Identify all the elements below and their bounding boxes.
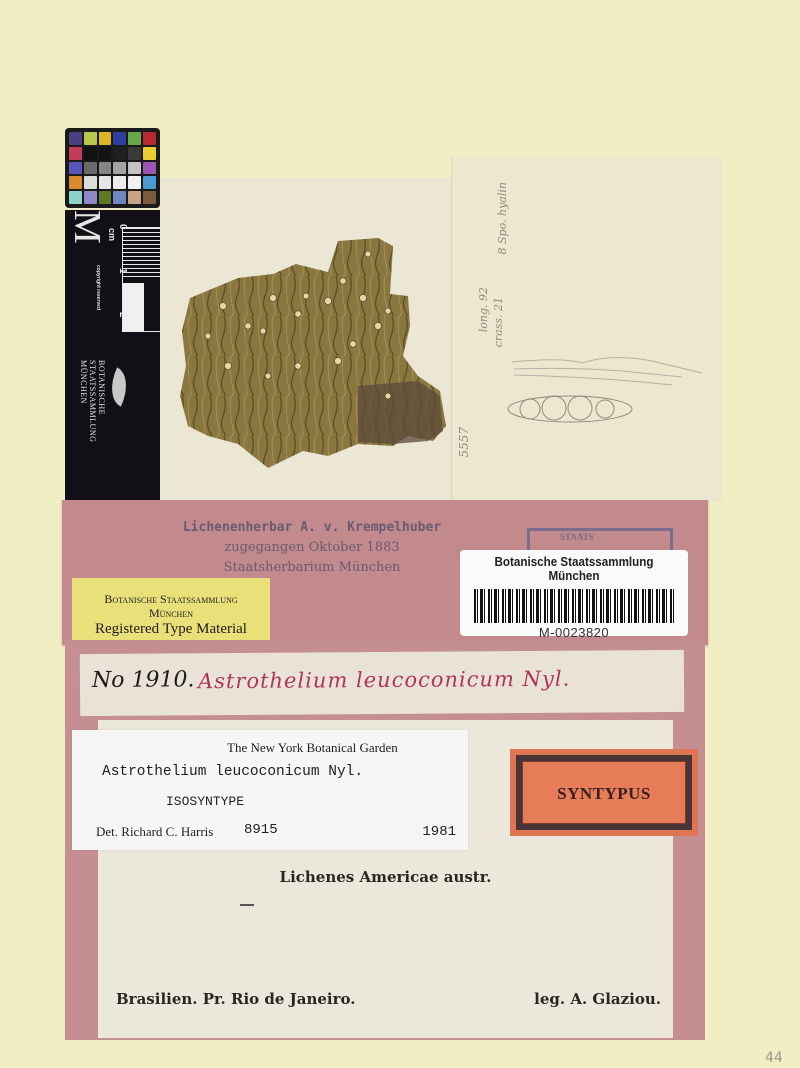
color-swatch xyxy=(84,176,97,189)
type-label-status: Registered Type Material xyxy=(72,620,270,638)
specimen-packet xyxy=(160,178,452,503)
color-swatch xyxy=(113,176,126,189)
color-swatch xyxy=(113,162,126,175)
divider xyxy=(240,904,254,906)
handwritten-number: No 1910. xyxy=(92,667,195,693)
type-label-institution: Botanische Staatssammlung xyxy=(72,592,270,606)
lichen-bark-specimen xyxy=(178,236,448,476)
barcode-institution: Botanische Staatssammlung München xyxy=(468,555,680,583)
syntypus-label: SYNTYPUS xyxy=(510,749,698,836)
color-swatch xyxy=(113,132,126,145)
nybg-type-status: ISOSYNTYPE xyxy=(166,794,244,809)
collection-title: Lichenes Americae austr. xyxy=(98,868,673,886)
color-swatch xyxy=(84,162,97,175)
color-swatch xyxy=(99,147,112,160)
notes-sheet: 8 Spo. hyalin long. 92 crass. 21 5557 xyxy=(451,157,722,502)
type-label-city: München xyxy=(72,606,270,620)
institution-line: BOTANISCHE xyxy=(97,360,106,415)
color-swatch xyxy=(143,176,156,189)
color-swatch xyxy=(99,176,112,189)
color-swatch xyxy=(113,191,126,204)
color-swatch xyxy=(69,132,82,145)
stamp-line: Lichenenherbar A. v. Krempelhuber xyxy=(167,518,457,538)
institution-line: STAATSSAMMLUNG xyxy=(88,360,97,442)
scale-bar: 0 1 2 cm copyright reserved M BOTANISCHE… xyxy=(65,210,160,500)
barcode-label: Botanische Staatssammlung München M-0023… xyxy=(460,550,688,636)
barcode-icon xyxy=(474,589,674,623)
locality: Brasilien. Pr. Rio de Janeiro. xyxy=(116,990,355,1008)
copyright-text: copyright reserved xyxy=(95,265,101,310)
handwritten-taxon: Astrothelium leucoconicum Nyl. xyxy=(198,667,570,694)
color-swatch-grid xyxy=(69,132,156,204)
pencil-note: 8 Spo. hyalin xyxy=(496,182,509,254)
color-swatch xyxy=(99,191,112,204)
registered-type-material-label: Botanische Staatssammlung München Regist… xyxy=(72,578,270,640)
color-swatch xyxy=(128,191,141,204)
box-stamp-text: STAATS xyxy=(560,532,594,542)
syntypus-text: SYNTYPUS xyxy=(523,784,685,804)
nybg-determination-label: The New York Botanical Garden Astrotheli… xyxy=(72,730,468,850)
pencil-note: 5557 xyxy=(457,427,471,458)
color-swatch xyxy=(143,162,156,175)
nybg-determiner: Det. Richard C. Harris xyxy=(96,824,213,840)
barcode-number: M-0023820 xyxy=(460,625,688,640)
stamp-line: zugegangen Oktober 1883 xyxy=(167,538,457,558)
color-swatch xyxy=(69,162,82,175)
pencil-note: crass. 21 xyxy=(492,297,505,347)
color-swatch xyxy=(84,191,97,204)
color-swatch xyxy=(69,147,82,160)
color-swatch xyxy=(69,176,82,189)
stamp-line: Staatsherbarium München xyxy=(167,558,457,578)
color-swatch xyxy=(99,162,112,175)
envelope-flap: Lichenenherbar A. v. Krempelhuber zugega… xyxy=(62,500,708,645)
corner-note: 44 xyxy=(765,1050,783,1066)
institution-line: MÜNCHEN xyxy=(79,360,88,404)
scale-tick-2: 2 xyxy=(117,312,128,318)
scale-unit: cm xyxy=(107,228,117,241)
nybg-taxon: Astrothelium leucoconicum Nyl. xyxy=(102,764,363,780)
color-swatch xyxy=(84,132,97,145)
syntypus-frame: SYNTYPUS xyxy=(516,755,692,830)
handwritten-label: No 1910. Astrothelium leucoconicum Nyl. xyxy=(80,650,684,716)
color-swatch xyxy=(143,191,156,204)
color-swatch xyxy=(143,147,156,160)
nybg-institution: The New York Botanical Garden xyxy=(227,740,398,756)
spore-sketch xyxy=(502,347,712,427)
color-swatch xyxy=(128,132,141,145)
color-swatch xyxy=(128,162,141,175)
ruler-ticks xyxy=(123,228,160,280)
scale-institution: BOTANISCHE STAATSSAMMLUNG MÜNCHEN xyxy=(79,360,106,442)
syntypus-inner: SYNTYPUS xyxy=(522,761,686,824)
ruler-white-segment xyxy=(123,283,144,331)
color-calibration-chart xyxy=(65,128,160,208)
scale-tick-1: 1 xyxy=(117,268,128,274)
herbarium-acquisition-stamp: Lichenenherbar A. v. Krempelhuber zugega… xyxy=(167,518,457,578)
pencil-note: long. 92 xyxy=(477,287,490,332)
collector: leg. A. Glaziou. xyxy=(534,990,661,1008)
color-swatch xyxy=(84,147,97,160)
leaf-icon xyxy=(103,367,135,406)
color-swatch xyxy=(113,147,126,160)
color-swatch xyxy=(69,191,82,204)
color-swatch xyxy=(128,176,141,189)
nybg-number: 8915 xyxy=(244,822,278,838)
scale-tick-0: 0 xyxy=(117,224,128,230)
color-swatch xyxy=(143,132,156,145)
color-swatch xyxy=(99,132,112,145)
nybg-year: 1981 xyxy=(422,824,456,840)
color-swatch xyxy=(128,147,141,160)
institution-logo-icon: M xyxy=(65,210,109,244)
